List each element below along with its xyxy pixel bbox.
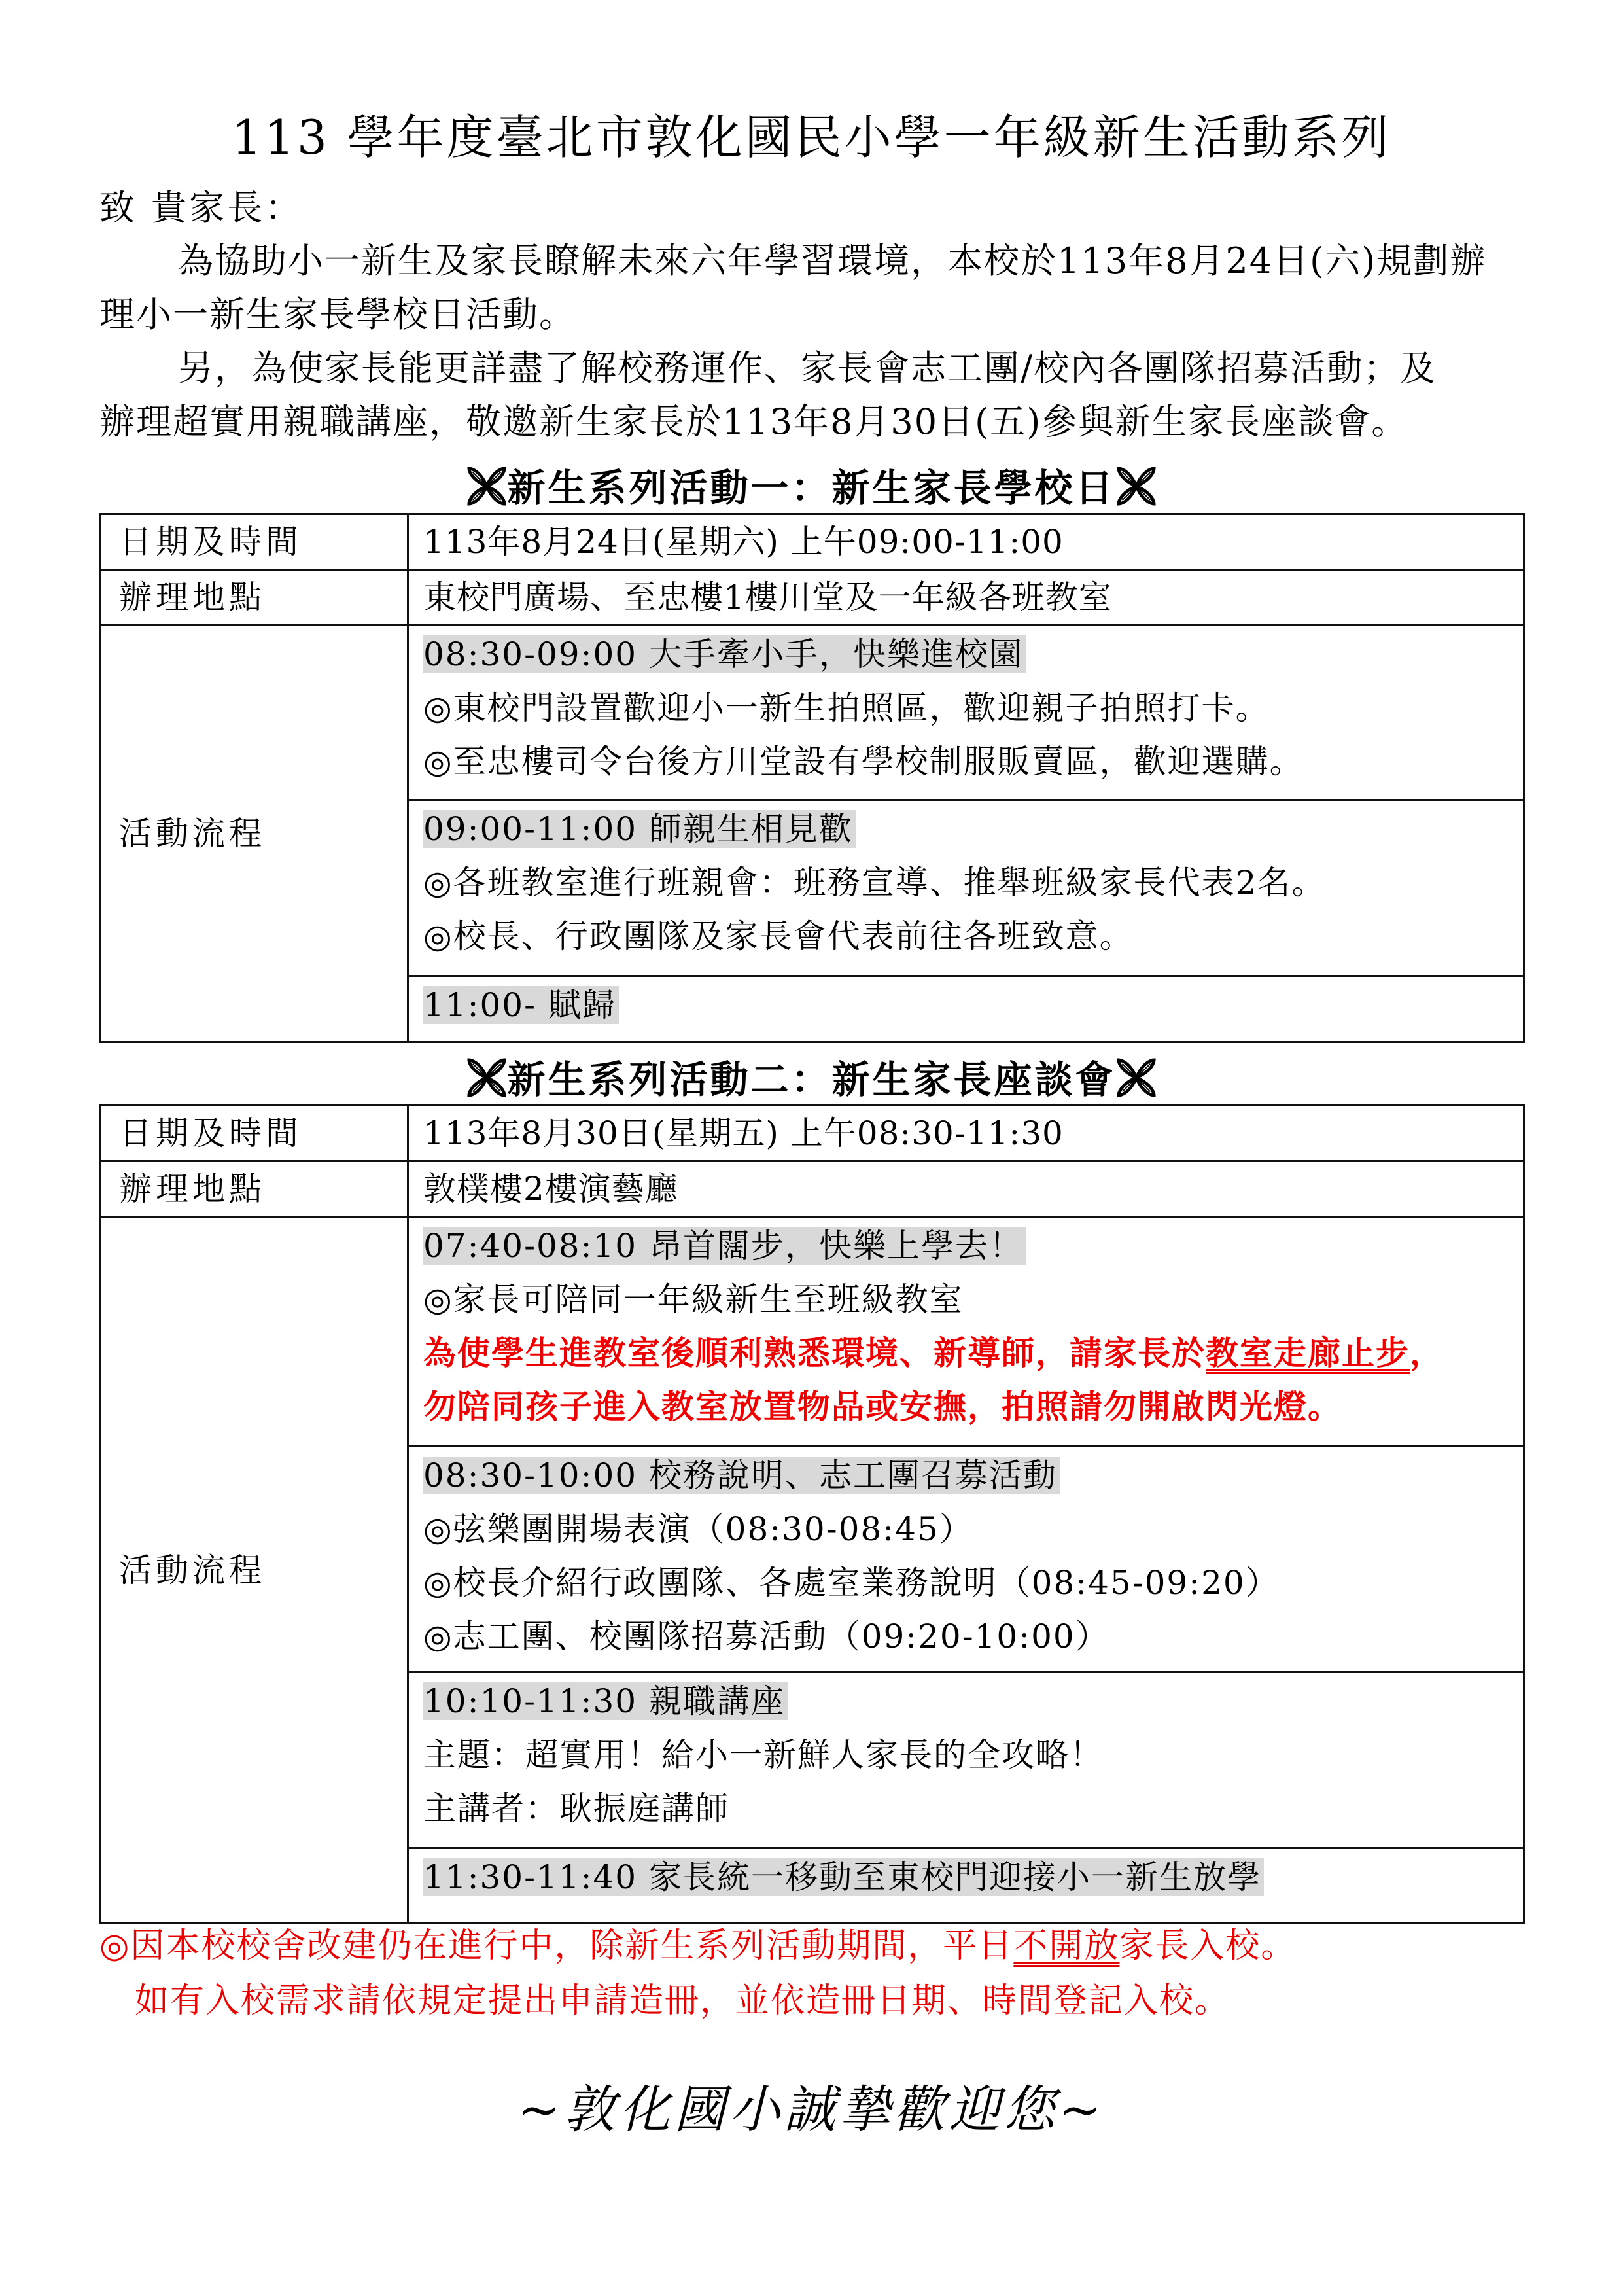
- warning-line-1: 為使學生進教室後順利熟悉環境、新導師，請家長於教室走廊止步，: [423, 1326, 1523, 1380]
- flow-label: 活動流程: [100, 626, 408, 1042]
- activity2-table: 日期及時間 113年8月30日(星期五) 上午08:30-11:30 辦理地點 …: [99, 1104, 1525, 1924]
- warning-line-2: 勿陪同孩子進入教室放置物品或安撫，拍照請勿開啟閃光燈。: [423, 1380, 1523, 1434]
- flow-item: ◎至忠樓司令台後方川堂設有學校制服販賣區，歡迎選購。: [423, 735, 1523, 788]
- table-row: 活動流程 07:40-08:10 昂首闊步，快樂上學去！ ◎家長可陪同一年級新生…: [100, 1217, 1524, 1924]
- flow-cell: 07:40-08:10 昂首闊步，快樂上學去！ ◎家長可陪同一年級新生至班級教室…: [408, 1217, 1524, 1924]
- flow-block: 11:30-11:40 家長統一移動至東校門迎接小一新生放學: [409, 1849, 1523, 1922]
- activity1-table: 日期及時間 113年8月24日(星期六) 上午09:00-11:00 辦理地點 …: [99, 513, 1525, 1043]
- date-value: 113年8月24日(星期六) 上午09:00-11:00: [408, 514, 1524, 570]
- flow-label: 活動流程: [100, 1217, 408, 1924]
- four-petal-flower-icon: [466, 465, 507, 508]
- table-row: 活動流程 08:30-09:00 大手牽小手，快樂進校園 ◎東校門設置歡迎小一新…: [100, 626, 1524, 1042]
- flow-cell: 08:30-09:00 大手牽小手，快樂進校園 ◎東校門設置歡迎小一新生拍照區，…: [408, 626, 1524, 1042]
- flow-item: 主講者：耿振庭講師: [423, 1782, 1523, 1835]
- flow-block-header: 08:30-09:00 大手牽小手，快樂進校園: [423, 635, 1026, 673]
- activity2-heading: 新生系列活動二：新生家長座談會: [0, 1056, 1623, 1103]
- closing-greeting: ~敦化國小誠摯歡迎您~: [0, 2074, 1623, 2146]
- four-petal-flower-icon: [1116, 465, 1157, 508]
- four-petal-flower-icon: [466, 1056, 507, 1099]
- place-label: 辦理地點: [100, 570, 408, 626]
- flow-block-header: 11:30-11:40 家長統一移動至東校門迎接小一新生放學: [423, 1858, 1264, 1896]
- date-value: 113年8月30日(星期五) 上午08:30-11:30: [408, 1106, 1524, 1161]
- flow-item: ◎校長介紹行政團隊、各處室業務說明（08:45-09:20）: [423, 1556, 1523, 1610]
- flow-block: 07:40-08:10 昂首闊步，快樂上學去！ ◎家長可陪同一年級新生至班級教室…: [409, 1218, 1523, 1447]
- flow-item: ◎各班教室進行班親會：班務宣導、推舉班級家長代表2名。: [423, 856, 1523, 910]
- intro-paragraph-1: 為協助小一新生及家長瞭解未來六年學習環境，本校於113年8月24日(六)規劃辦 …: [99, 234, 1526, 342]
- activity1-heading: 新生系列活動一：新生家長學校日: [0, 465, 1623, 512]
- table-row: 日期及時間 113年8月24日(星期六) 上午09:00-11:00: [100, 514, 1524, 570]
- place-value: 東校門廣場、至忠樓1樓川堂及一年級各班教室: [408, 570, 1524, 626]
- table-row: 辦理地點 東校門廣場、至忠樓1樓川堂及一年級各班教室: [100, 570, 1524, 626]
- flow-item: ◎弦樂團開場表演（08:30-08:45）: [423, 1502, 1523, 1556]
- intro-paragraph-2: 另，為使家長能更詳盡了解校務運作、家長會志工團/校內各團隊招募活動；及 辦理超實…: [99, 342, 1526, 449]
- flow-block: 08:30-10:00 校務說明、志工團召募活動 ◎弦樂團開場表演（08:30-…: [409, 1447, 1523, 1673]
- flow-item: 主題：超實用！給小一新鮮人家長的全攻略！: [423, 1728, 1523, 1782]
- flow-item: ◎校長、行政團隊及家長會代表前往各班致意。: [423, 910, 1523, 963]
- flow-block-header: 07:40-08:10 昂首闊步，快樂上學去！: [423, 1227, 1026, 1265]
- notice-line-1: ◎因本校校舍改建仍在進行中，除新生系列活動期間，平日不開放家長入校。: [99, 1918, 1296, 1973]
- notice-line-2: 如有入校需求請依規定提出申請造冊，並依造冊日期、時間登記入校。: [99, 1973, 1296, 2028]
- flow-block: 09:00-11:00 師親生相見歡 ◎各班教室進行班親會：班務宣導、推舉班級家…: [409, 801, 1523, 977]
- activity2-heading-text: 新生系列活動二：新生家長座談會: [507, 1057, 1115, 1102]
- flow-block-header: 08:30-10:00 校務說明、志工團召募活動: [423, 1457, 1060, 1494]
- intro-paragraph-1-line-2: 理小一新生家長學校日活動。: [99, 288, 1526, 342]
- flow-block-header: 09:00-11:00 師親生相見歡: [423, 810, 856, 848]
- activity1-heading-text: 新生系列活動一：新生家長學校日: [507, 466, 1115, 510]
- intro-paragraph-1-line-1: 為協助小一新生及家長瞭解未來六年學習環境，本校於113年8月24日(六)規劃辦: [99, 234, 1526, 288]
- flow-block: 11:00- 賦歸: [409, 977, 1523, 1041]
- date-label: 日期及時間: [100, 1106, 408, 1161]
- intro-paragraph-2-line-1: 另，為使家長能更詳盡了解校務運作、家長會志工團/校內各團隊招募活動；及: [99, 342, 1526, 395]
- four-petal-flower-icon: [1116, 1056, 1157, 1099]
- place-value: 敦樸樓2樓演藝廳: [408, 1161, 1524, 1217]
- date-label: 日期及時間: [100, 514, 408, 570]
- flow-block-header: 11:00- 賦歸: [423, 986, 619, 1024]
- notice: ◎因本校校舍改建仍在進行中，除新生系列活動期間，平日不開放家長入校。 如有入校需…: [99, 1918, 1296, 2028]
- intro-paragraph-2-line-2: 辦理超實用親職講座，敬邀新生家長於113年8月30日(五)參與新生家長座談會。: [99, 395, 1526, 449]
- flow-item: ◎家長可陪同一年級新生至班級教室: [423, 1273, 1523, 1326]
- document-title: 113 學年度臺北市敦化國民小學一年級新生活動系列: [0, 105, 1623, 170]
- salutation: 致 貴家長：: [99, 182, 303, 234]
- table-row: 辦理地點 敦樸樓2樓演藝廳: [100, 1161, 1524, 1217]
- underlined-emphasis: 教室走廊止步: [1206, 1333, 1410, 1372]
- flow-block: 10:10-11:30 親職講座 主題：超實用！給小一新鮮人家長的全攻略！ 主講…: [409, 1673, 1523, 1849]
- underlined-emphasis: 不開放: [1013, 1926, 1119, 1966]
- flow-block: 08:30-09:00 大手牽小手，快樂進校園 ◎東校門設置歡迎小一新生拍照區，…: [409, 626, 1523, 801]
- place-label: 辦理地點: [100, 1161, 408, 1217]
- flow-item: ◎志工團、校團隊招募活動（09:20-10:00）: [423, 1610, 1523, 1663]
- table-row: 日期及時間 113年8月30日(星期五) 上午08:30-11:30: [100, 1106, 1524, 1161]
- flow-item: ◎東校門設置歡迎小一新生拍照區，歡迎親子拍照打卡。: [423, 681, 1523, 735]
- flow-block-header: 10:10-11:30 親職講座: [423, 1682, 788, 1720]
